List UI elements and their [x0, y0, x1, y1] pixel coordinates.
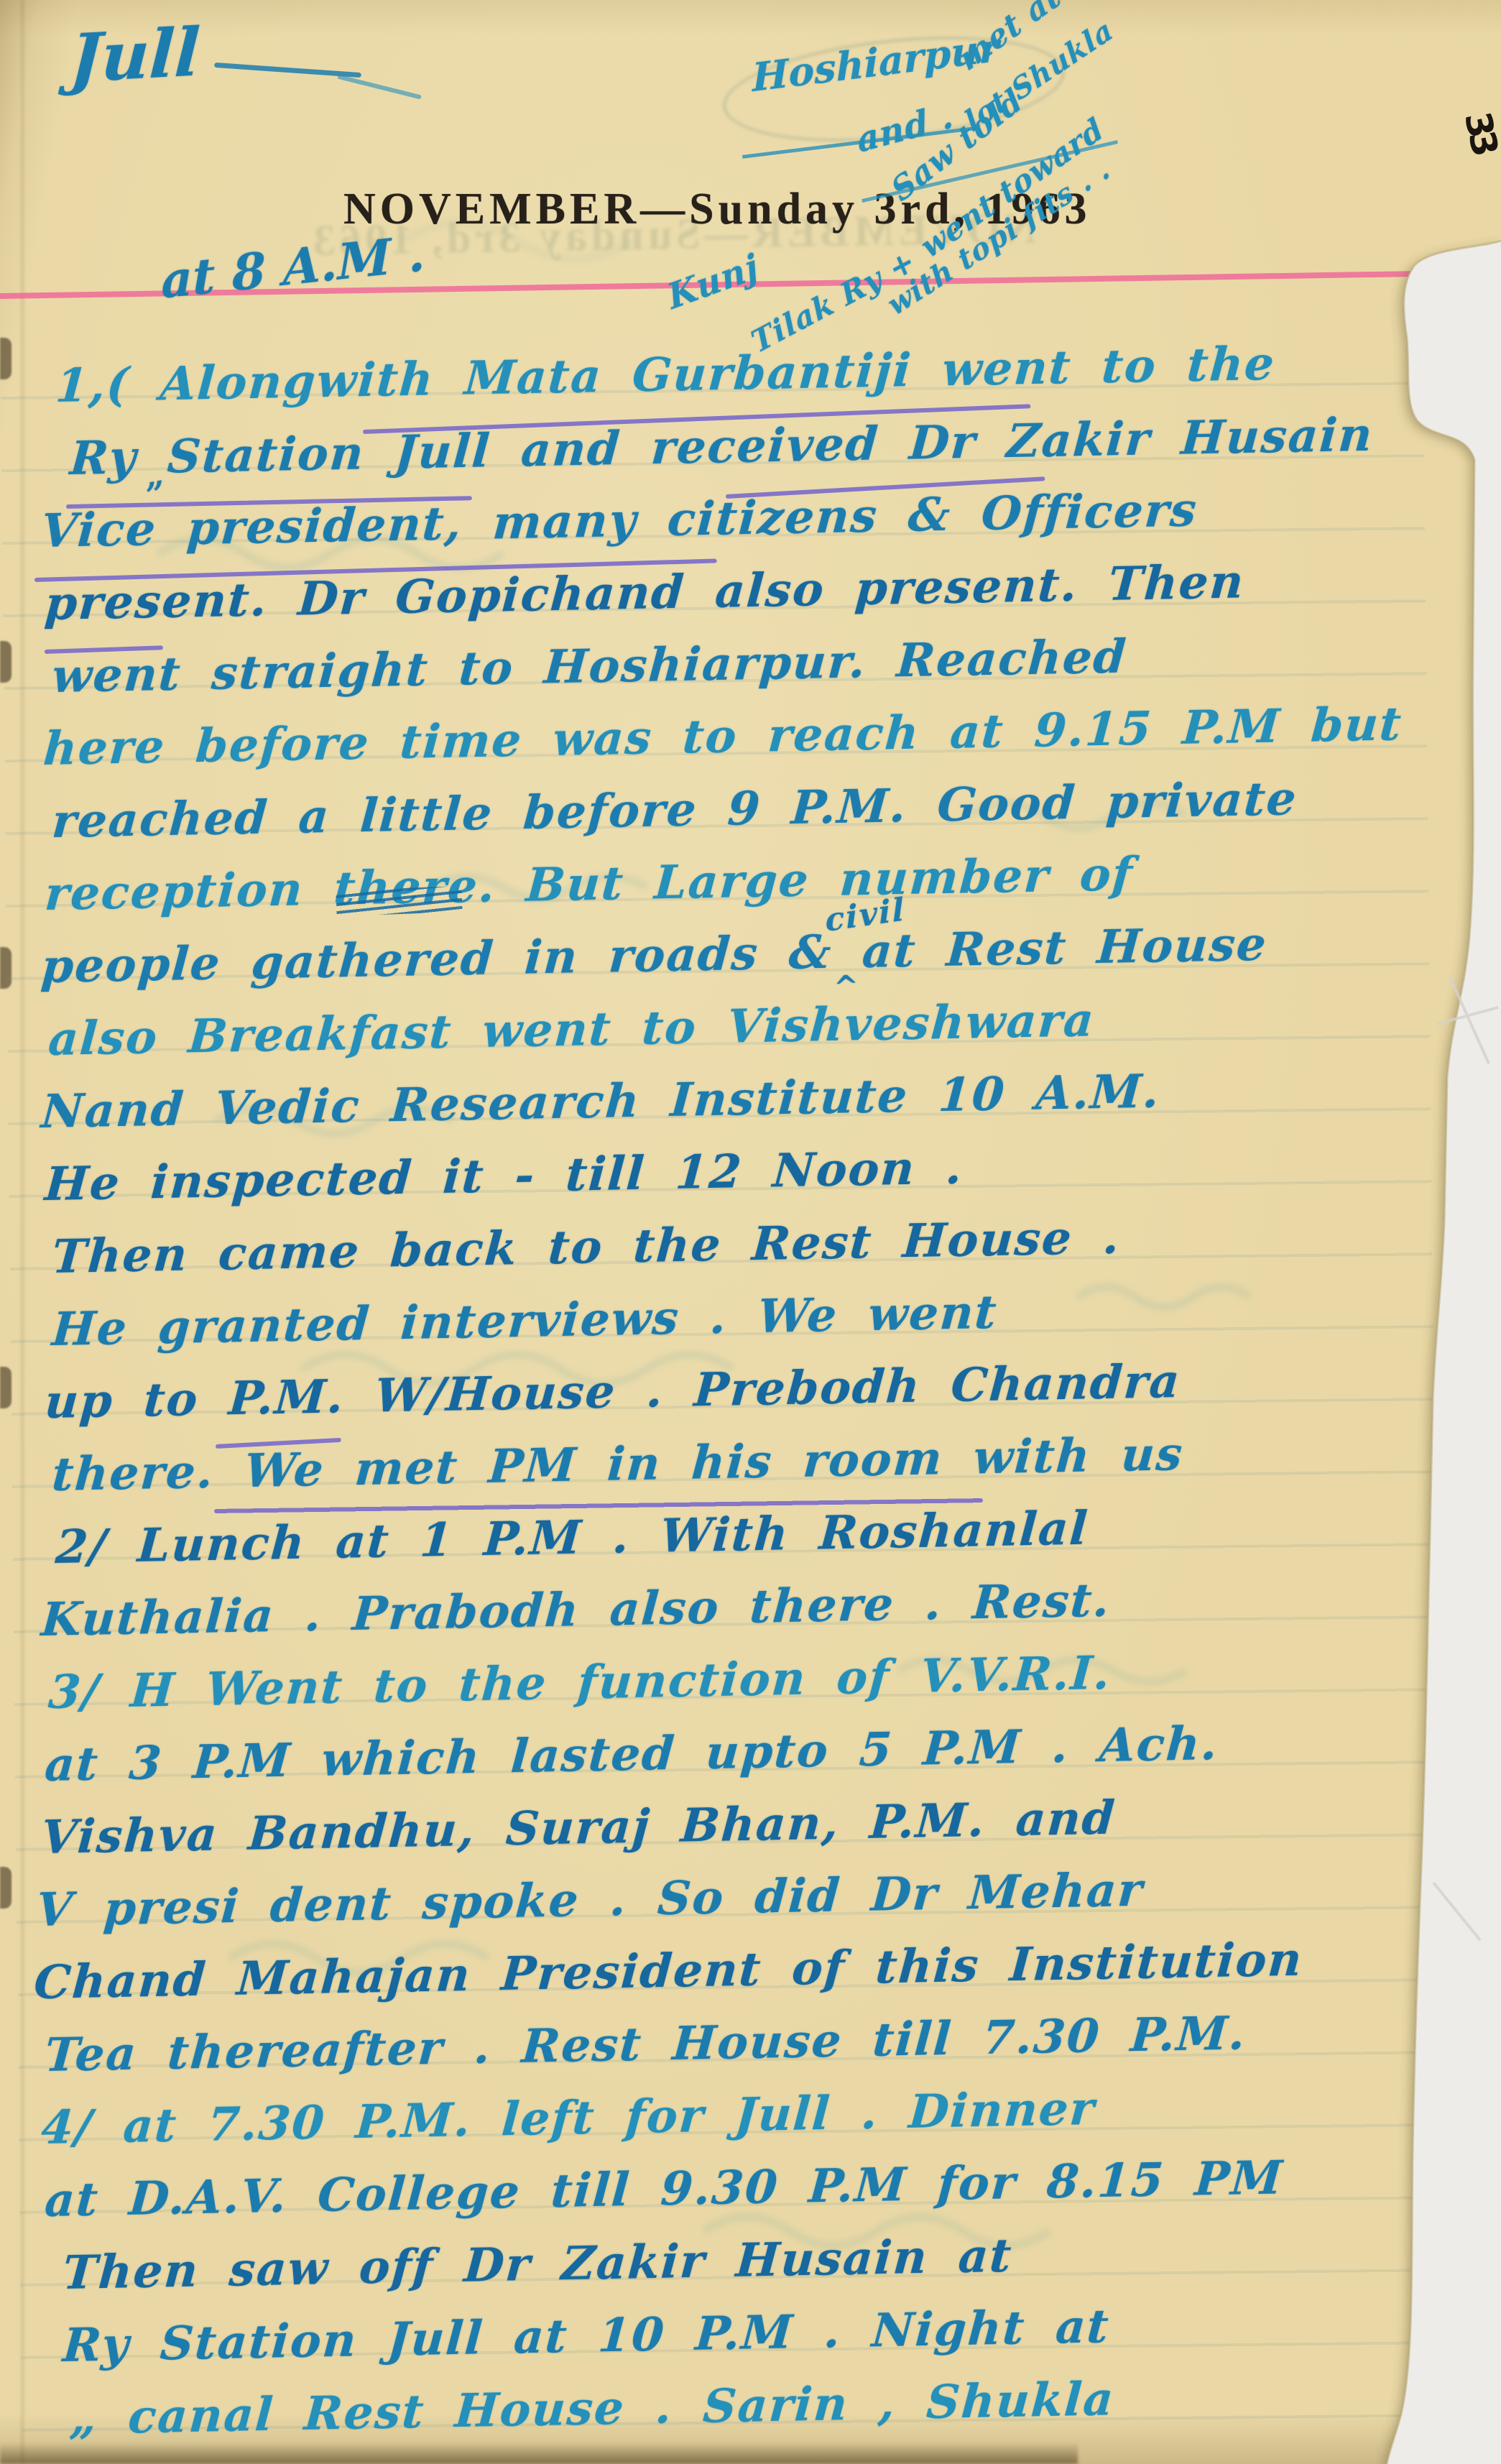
torn-backing-paper	[0, 0, 1501, 2464]
